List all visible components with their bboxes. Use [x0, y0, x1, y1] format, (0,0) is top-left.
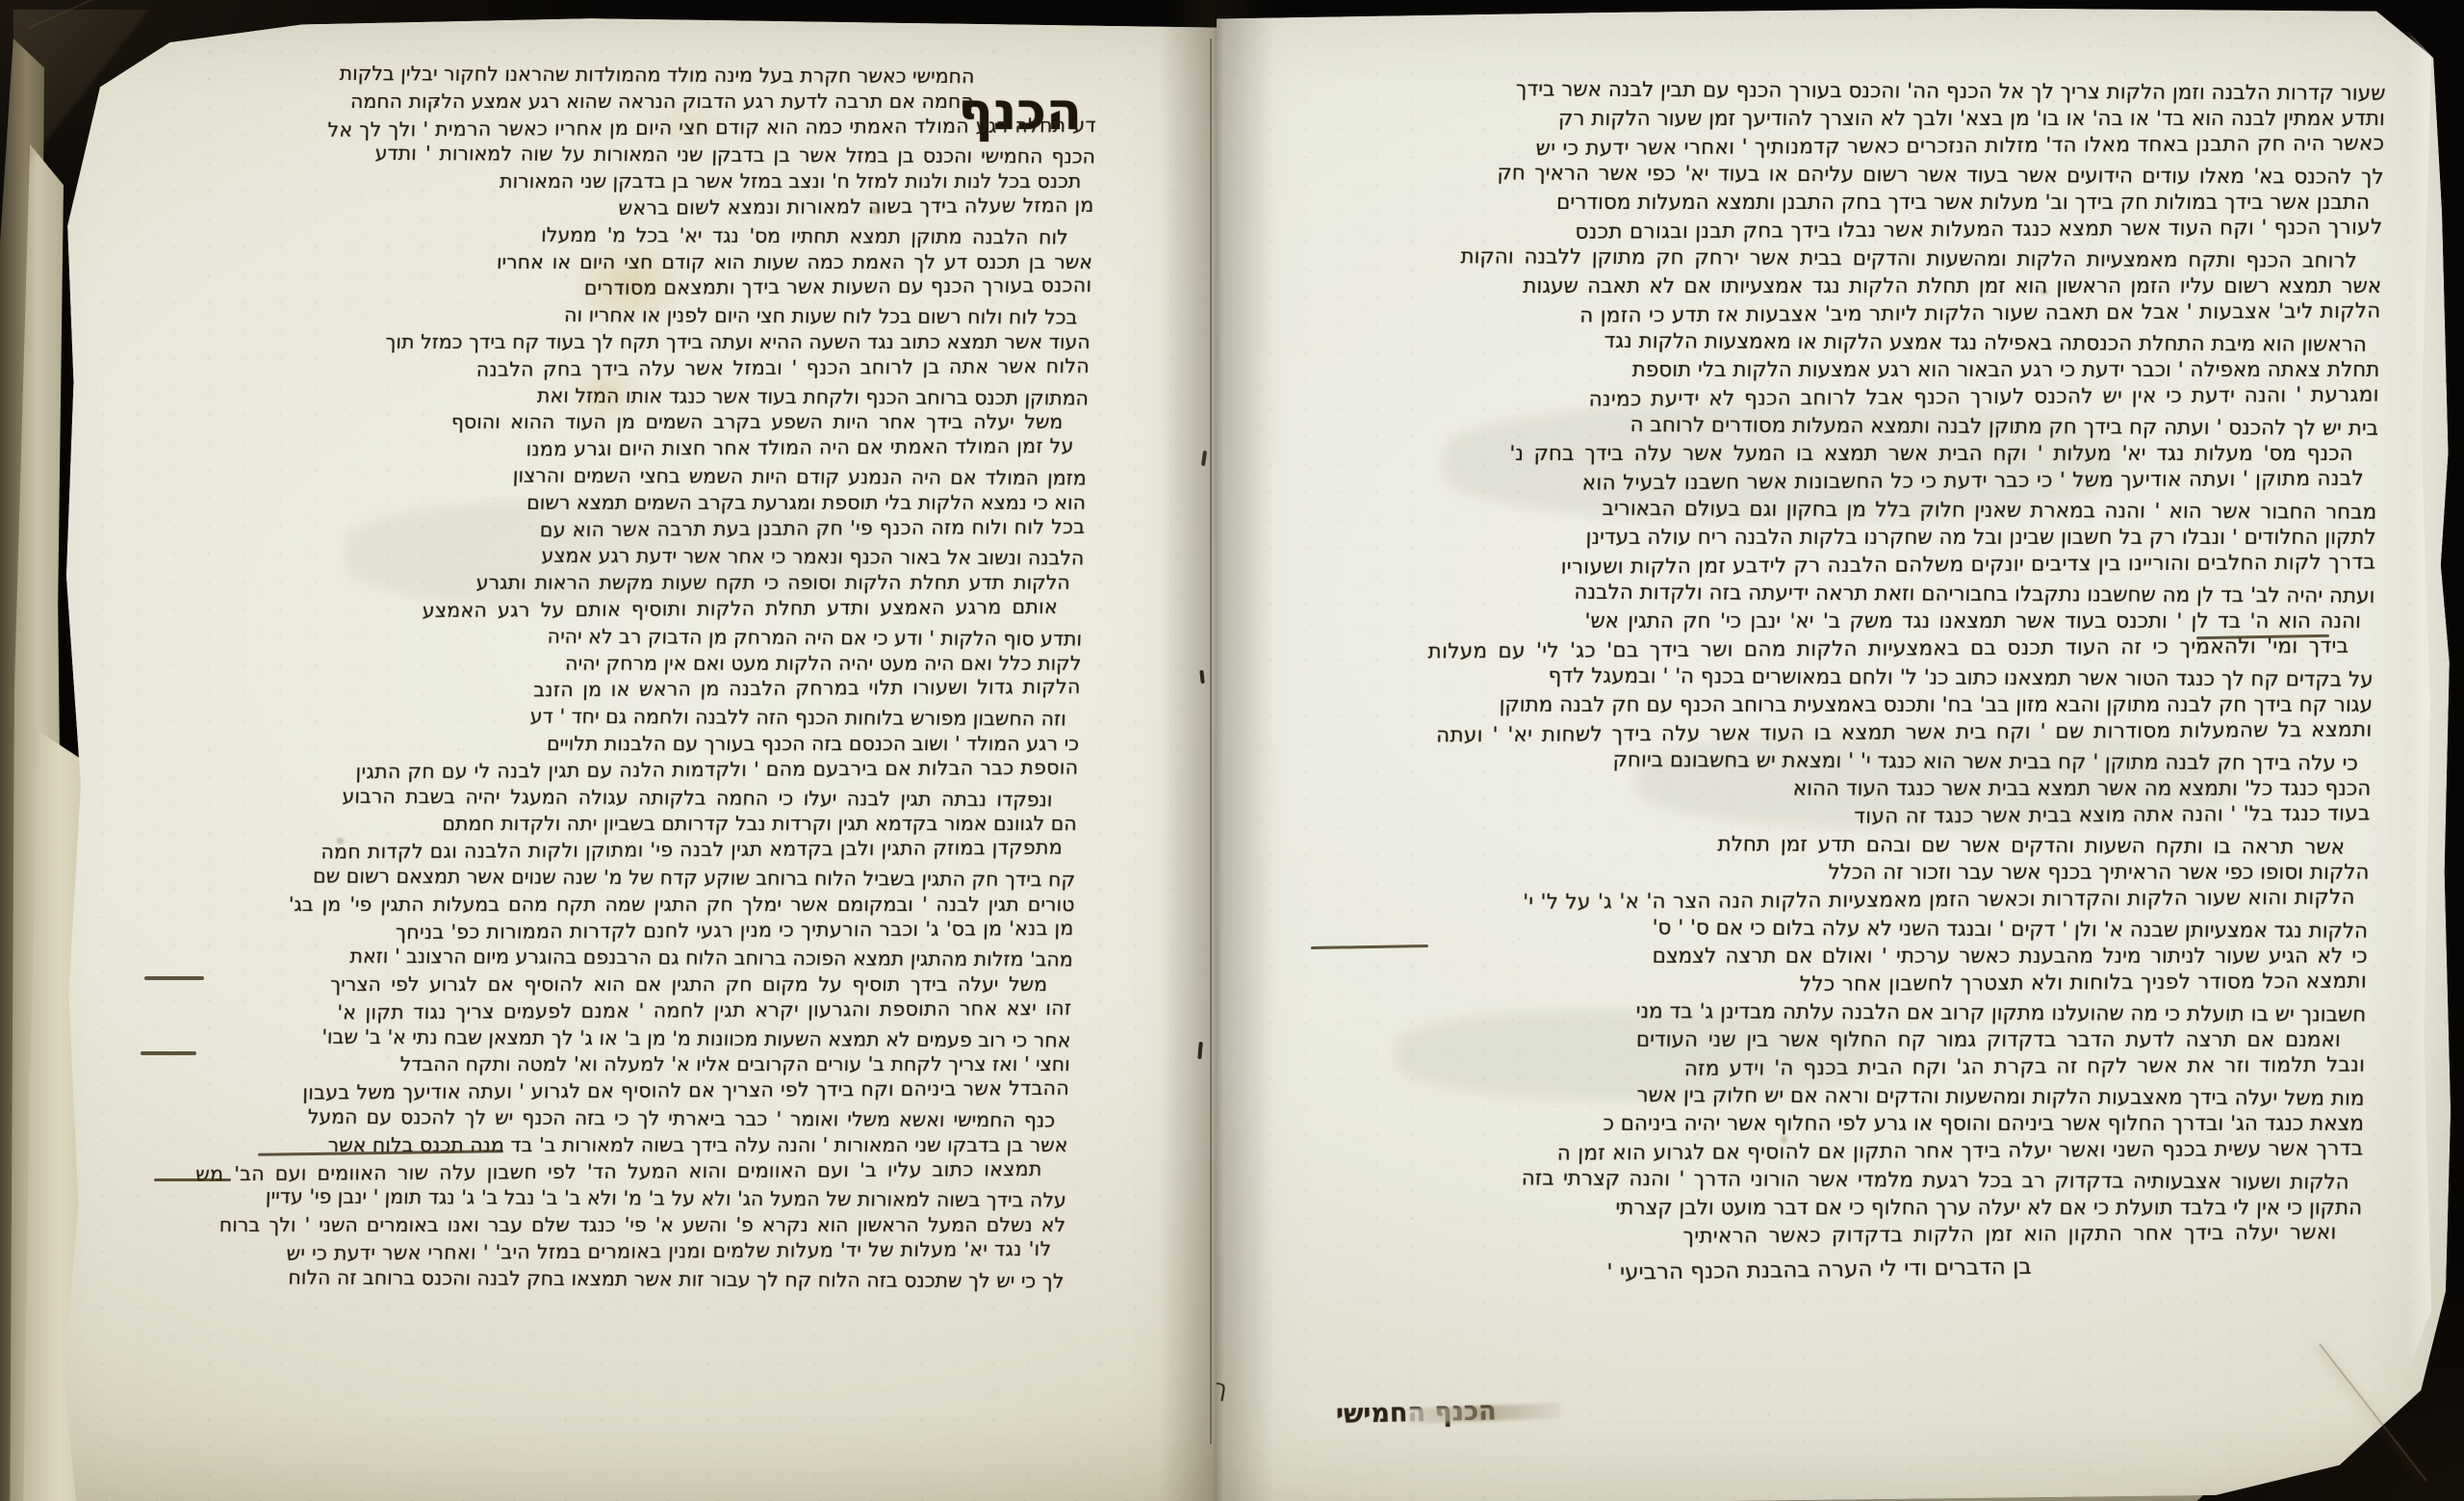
text-line: מצאת כנגד הג' ובדרך החלוף אשר ביניהם והו… — [1270, 1110, 2365, 1138]
underline-mark — [154, 1178, 231, 1181]
left-page-text-block: החמישי כאשר חקרת בעל מינה מולד מהמולדות … — [74, 62, 1098, 1293]
text-line: על בקדים קח לך כנגד הטור אשר תמצאנו כתוב… — [1279, 660, 2374, 694]
text-line: התקון כי אין לי בלבד תועלת כי אם לא יעלה… — [1269, 1194, 2363, 1222]
text-line: לך כי יש לך שתכנס בזה הלוח קח לך עבור זו… — [74, 1263, 1065, 1295]
text-line: מות משל יעלה בידך מאצבעות הלקות ומהשעות … — [1270, 1079, 2365, 1113]
text-line: החמישי כאשר חקרת בעל מינה מולד מהמולדות … — [108, 60, 975, 91]
text-line: ונפקדו נבתה תגין לבנה יעלו כי החמה בלקות… — [88, 782, 1053, 814]
text-line: מהב' מזלות מהתגין תמצא הפוכה ברוחב הלוח … — [83, 943, 1073, 974]
text-line: הכנף מס' מעלות נגד יא' מעלות ' וקח הבית … — [1284, 440, 2353, 468]
text-line: אשר תמצא רשום עליו הזמן הראשון הוא זמן ת… — [1288, 272, 2382, 300]
text-line: וחצי ' ואז צריך לקחת ב' עורים הקרובים אל… — [80, 1051, 1070, 1078]
text-line: לרוחב הכנף ותקח מאמצעיות הלקות ומהשעות ו… — [1288, 242, 2357, 274]
text-line: הוא כי נמצא הלקות בלי תוספת ומגרעת בקרב … — [96, 490, 1087, 517]
text-line: המתוקן תכנס ברוחב הכנף ולקחת בעוד אשר כנ… — [99, 380, 1090, 412]
gutter-crease-line — [1210, 39, 1212, 1444]
text-line: ועתה יהיה לב' בד לן מה שחשבנו נתקבלו בחב… — [1281, 577, 2375, 610]
text-line: ותדע סוף הלקות ' ודע כי אם היה המרחק מן … — [92, 621, 1083, 653]
text-line: לוח הלבנה מתוקן תמצא תחתיו מס' נגד יא' ב… — [103, 220, 1068, 251]
text-line: משל יעלה בידך אחר היות השפע בקרב השמים מ… — [98, 409, 1064, 436]
margin-dash-mark — [141, 1051, 196, 1055]
text-line: לקות כלל ואם היה מעט יהיה הלקות מעט ואם … — [91, 651, 1082, 678]
text-line: אשר תראה בו ותקח השעות והדקים אשר שם ובה… — [1276, 828, 2346, 861]
text-line: ותדע אמתין לבנה הוא בד' או בה' או בו' מן… — [1292, 105, 2386, 133]
text-line: אשר בן תכנס דע לך האמת כמה שעות הוא קודם… — [103, 249, 1093, 276]
text-line: מבחר החבור אשר הוא ' והנה במארת שאנין חל… — [1283, 493, 2377, 527]
text-line: בית יש לך להכנס ' ועתה קח בידך חק מתוקן … — [1285, 409, 2379, 443]
text-line: והנה הוא ה' בד לן ' ותכנס בעוד אשר תמצאנ… — [1281, 608, 2362, 635]
text-line: הלקות ושעור אצבעותיה בדקדוק רב בכל רגעת … — [1269, 1163, 2349, 1196]
text-line: הכנף החמישי והכנס בן במזל אשר בן בדבקן ש… — [106, 140, 1096, 171]
text-line: כנף החמישי ואשא משלי ואומר ' כבר ביארתי … — [79, 1103, 1056, 1135]
text-line: ואמנם אם תרצה לדעת הדבר בדקדוק גמור קח ה… — [1271, 1026, 2341, 1054]
text-line: הכנף כנגד כל' ותמצא מה אשר תמצא בבית אשר… — [1277, 775, 2372, 803]
text-line: ואשר יעלה בידך אחר התקון הוא זמן הלקות ב… — [1268, 1219, 2337, 1254]
text-line: לך להכנס בא' מאלו עודים הידועים אשר בעוד… — [1290, 158, 2384, 192]
right-page-text-block: שעור קדרות הלבנה וזמן הלקות צריך לך אל ה… — [1268, 77, 2386, 1250]
text-line: וזה החשבון מפורש בלוחות הכנף הזה ללבנה ו… — [90, 702, 1066, 734]
text-line: אחר כי רוב פעמים לא תמצא השעות מכוונות מ… — [81, 1022, 1071, 1054]
text-line: קח בידך חק התגין בשביל הלוח ברוחב שוקע ק… — [86, 862, 1076, 893]
text-line: הלקות נגד אמצעיותן שבנה א' ולן ' דקים ' … — [1274, 912, 2369, 945]
text-line: העוד אשר תמצא כתוב נגד השעה ההיא ועתה בי… — [100, 329, 1091, 356]
text-line: הלקות תדע תחלת הלקות וסופה כי תקח שעות מ… — [93, 570, 1070, 597]
margin-dash-mark — [144, 976, 204, 980]
text-line: משל יעלה בידך תוסיף על מקום חק התגין אם … — [83, 971, 1048, 998]
text-line: אשר בן בדבקו שני המאורות ' והנה עלה בידך… — [78, 1132, 1068, 1159]
text-line: לתקון החלודים ' ונבלו רק בל חשבון שבינן … — [1282, 524, 2376, 552]
text-line: עלה בידך בשוה למאורות של המעל הג' ולא על… — [76, 1183, 1066, 1215]
text-line: כי רגע המולד ' ושוב הכנסם בזה הכנף בעורך… — [90, 731, 1080, 758]
text-line: הם לגוונם אמור בקדמא תגין וקרדות נבל קדר… — [87, 811, 1077, 838]
text-line: לא נשלם המעל הראשון הוא נקרא פ' והשע א' … — [76, 1212, 1066, 1239]
text-line: החמה אם תרבה לדעת רגע הדבוק הנראה שהוא ר… — [107, 89, 974, 116]
text-line: תכנס בכל לנות ולנות למזל ח' ונצב במזל אש… — [105, 168, 1082, 195]
text-line: טורים תגין לבנה ' ובמקומם אשר ימלך חק הת… — [85, 892, 1075, 919]
text-line: תחלת צאתה מאפילה ' וכבר ידעת כי רגע הבאו… — [1286, 356, 2380, 384]
text-line: מזמן המולד אם היה הנמנע קודם היות השמש ב… — [96, 460, 1087, 492]
gutter-shadow — [1159, 0, 1274, 1501]
text-line: כי לא הגיע שעור לניתור מינל מהבענת כאשר … — [1273, 943, 2368, 970]
text-line: הלבנה ונשוב אל באור הכנף ונאמר כי אחר אש… — [94, 541, 1085, 573]
text-line: התבנן אשר בידך במולות חק בידך וב' מעלות … — [1290, 189, 2371, 217]
text-line: הראשון הוא מיבת התחלת הכנסתה באפילה נגד … — [1287, 325, 2368, 358]
text-line: הלקות וסופו כפי אשר הראיתיך בכנף אשר עבר… — [1275, 859, 2370, 887]
text-line: חשבונך יש בו תועלת כי מה שהועלנו מתקון ק… — [1272, 996, 2367, 1029]
text-line: עגור קח בידך חק לבנה מתוקן והבא מזון בב'… — [1279, 691, 2374, 719]
text-line: בכל לוח ולוח רשום בכל לוח שעות חצי היום … — [101, 300, 1078, 332]
text-line: שעור קדרות הלבנה וזמן הלקות צריך לך אל ה… — [1292, 74, 2386, 108]
text-line: כי עלה בידך חק לבנה מתוקן ' קח בבית אשר … — [1278, 744, 2359, 777]
